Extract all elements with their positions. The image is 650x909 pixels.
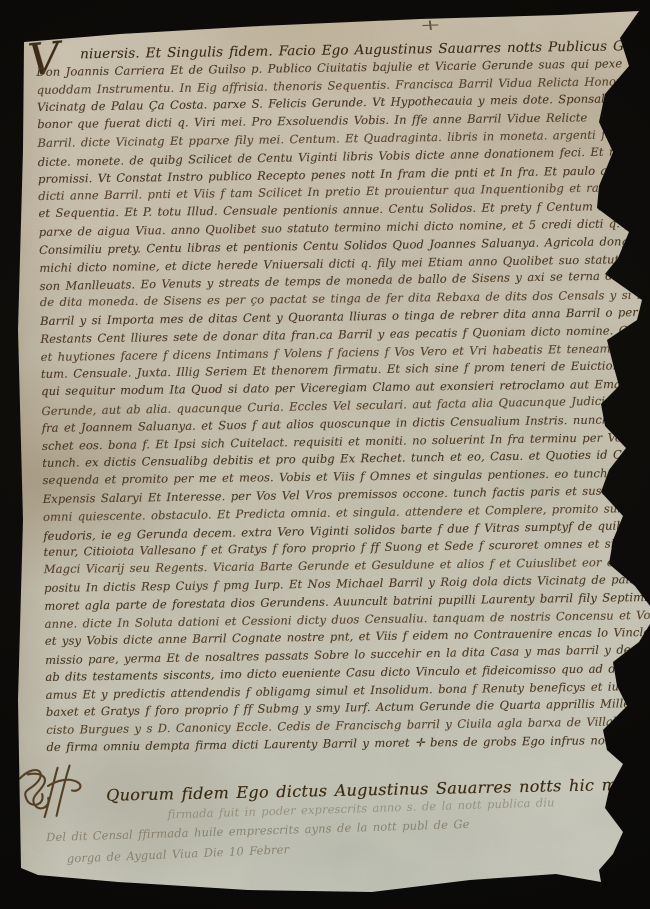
- manuscript-body: niuersis. Et Singulis fidem. Facio Ego A…: [36, 37, 650, 759]
- cross-mark: +: [419, 16, 442, 35]
- photo-background: + V niuersis. Et Singulis fidem. Facio E…: [0, 0, 650, 909]
- parchment-document: + V niuersis. Et Singulis fidem. Facio E…: [0, 0, 650, 909]
